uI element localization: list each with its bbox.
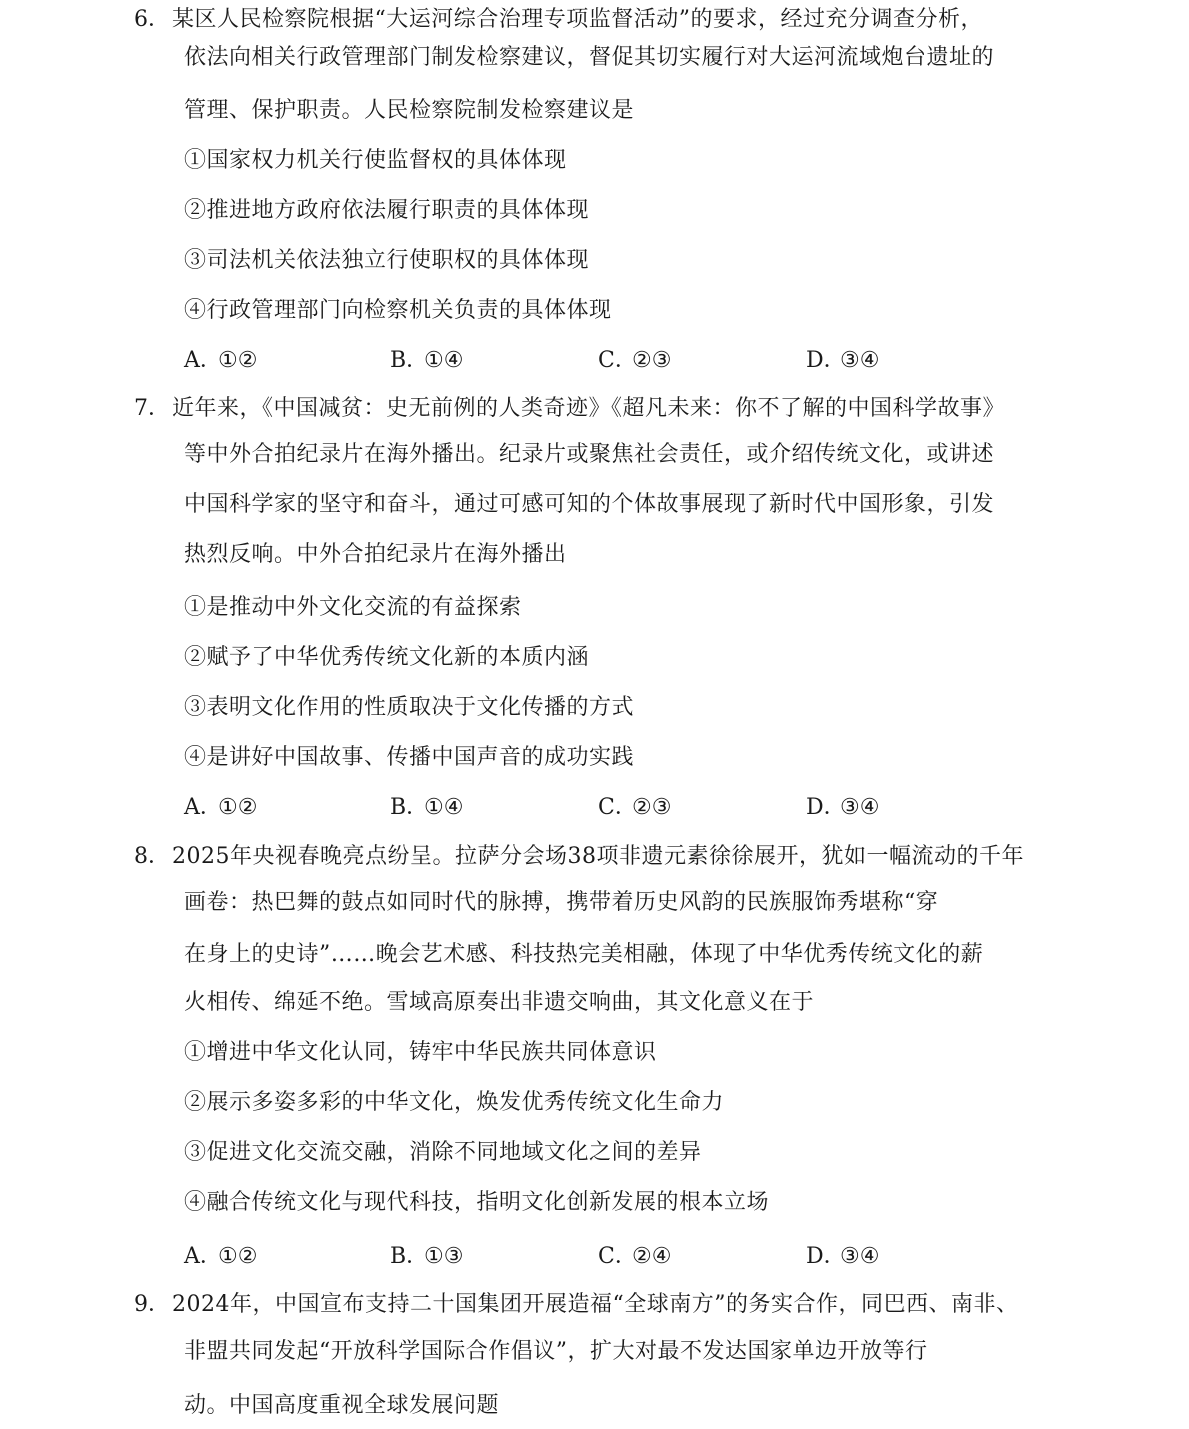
choice-value: ①④ bbox=[424, 348, 463, 373]
choice-value: ②③ bbox=[632, 795, 671, 820]
choice-label: C． bbox=[598, 793, 632, 823]
option-statement: ②赋予了中华优秀传统文化新的本质内涵 bbox=[184, 643, 589, 673]
choice-value: ③④ bbox=[840, 1244, 879, 1269]
choice-label: D． bbox=[806, 346, 840, 376]
option-statement: ③司法机关依法独立行使职权的具体体现 bbox=[184, 246, 589, 276]
choice-value: ③④ bbox=[840, 348, 879, 373]
choice-label: A． bbox=[184, 1242, 218, 1272]
question-stem-line: 2025年央视春晚亮点纷呈。拉萨分会场38项非遗元素徐徐展开，犹如一幅流动的千年 bbox=[172, 842, 1024, 872]
option-statement: ①是推动中外文化交流的有益探索 bbox=[184, 593, 522, 623]
option-statement: ④行政管理部门向检察机关负责的具体体现 bbox=[184, 296, 612, 326]
choice-value: ①② bbox=[218, 1244, 257, 1269]
option-statement: ③促进文化交流交融，消除不同地域文化之间的差异 bbox=[184, 1138, 702, 1168]
choice-a[interactable]: A．①② bbox=[184, 1242, 257, 1272]
question-stem-line: 某区人民检察院根据“大运河综合治理专项监督活动”的要求，经过充分调查分析， bbox=[172, 5, 983, 35]
option-statement: ②推进地方政府依法履行职责的具体体现 bbox=[184, 196, 589, 226]
choice-b[interactable]: B．①④ bbox=[390, 346, 463, 376]
choice-label: C． bbox=[598, 346, 632, 376]
option-statement: ④融合传统文化与现代科技，指明文化创新发展的根本立场 bbox=[184, 1188, 769, 1218]
choice-d[interactable]: D．③④ bbox=[806, 793, 879, 823]
choice-label: A． bbox=[184, 346, 218, 376]
choice-value: ②④ bbox=[632, 1244, 671, 1269]
choice-d[interactable]: D．③④ bbox=[806, 346, 879, 376]
choice-value: ①④ bbox=[424, 795, 463, 820]
option-statement: ④是讲好中国故事、传播中国声音的成功实践 bbox=[184, 743, 634, 773]
choice-label: D． bbox=[806, 793, 840, 823]
question-stem-line: 等中外合拍纪录片在海外播出。纪录片或聚焦社会责任，或介绍传统文化，或讲述 bbox=[184, 440, 994, 470]
question-stem-line: 依法向相关行政管理部门制发检察建议，督促其切实履行对大运河流域炮台遗址的 bbox=[184, 43, 994, 73]
question-stem-line: 中国科学家的坚守和奋斗，通过可感可知的个体故事展现了新时代中国形象，引发 bbox=[184, 490, 994, 520]
choice-d[interactable]: D．③④ bbox=[806, 1242, 879, 1272]
question-number: 6． bbox=[134, 5, 170, 35]
choice-label: C． bbox=[598, 1242, 632, 1272]
choice-label: B． bbox=[390, 1242, 424, 1272]
choice-b[interactable]: B．①④ bbox=[390, 793, 463, 823]
option-statement: ①国家权力机关行使监督权的具体体现 bbox=[184, 146, 567, 176]
choice-label: B． bbox=[390, 793, 424, 823]
choice-value: ②③ bbox=[632, 348, 671, 373]
choice-a[interactable]: A．①② bbox=[184, 793, 257, 823]
choice-c[interactable]: C．②③ bbox=[598, 793, 671, 823]
question-number: 7． bbox=[134, 394, 170, 424]
choice-value: ①② bbox=[218, 348, 257, 373]
choice-label: B． bbox=[390, 346, 424, 376]
option-statement: ①增进中华文化认同，铸牢中华民族共同体意识 bbox=[184, 1038, 657, 1068]
question-stem-line: 画卷：热巴舞的鼓点如同时代的脉搏，携带着历史风韵的民族服饰秀堪称“穿 bbox=[184, 888, 938, 918]
choice-value: ①③ bbox=[424, 1244, 463, 1269]
question-stem-line: 非盟共同发起“开放科学国际合作倡议”，扩大对最不发达国家单边开放等行 bbox=[184, 1337, 928, 1367]
question-stem-line: 管理、保护职责。人民检察院制发检察建议是 bbox=[184, 96, 634, 126]
question-stem-line: 动。中国高度重视全球发展问题 bbox=[184, 1391, 499, 1421]
choice-c[interactable]: C．②③ bbox=[598, 346, 671, 376]
question-stem-line: 火相传、绵延不绝。雪域高原奏出非遗交响曲，其文化意义在于 bbox=[184, 988, 814, 1018]
choice-a[interactable]: A．①② bbox=[184, 346, 257, 376]
question-stem-line: 热烈反响。中外合拍纪录片在海外播出 bbox=[184, 540, 567, 570]
question-stem-line: 近年来，《中国减贫：史无前例的人类奇迹》《超凡未来：你不了解的中国科学故事》 bbox=[172, 394, 1005, 424]
question-stem-line: 在身上的史诗”……晚会艺术感、科技热完美相融，体现了中华优秀传统文化的薪 bbox=[184, 940, 983, 970]
choice-c[interactable]: C．②④ bbox=[598, 1242, 671, 1272]
choice-value: ③④ bbox=[840, 795, 879, 820]
option-statement: ③表明文化作用的性质取决于文化传播的方式 bbox=[184, 693, 634, 723]
question-stem-line: 2024年，中国宣布支持二十国集团开展造福“全球南方”的务实合作，同巴西、南非、 bbox=[172, 1290, 1019, 1320]
choice-label: D． bbox=[806, 1242, 840, 1272]
question-number: 8． bbox=[134, 842, 170, 872]
choice-b[interactable]: B．①③ bbox=[390, 1242, 463, 1272]
option-statement: ②展示多姿多彩的中华文化，焕发优秀传统文化生命力 bbox=[184, 1088, 724, 1118]
choice-label: A． bbox=[184, 793, 218, 823]
choice-value: ①② bbox=[218, 795, 257, 820]
question-number: 9． bbox=[134, 1290, 170, 1320]
